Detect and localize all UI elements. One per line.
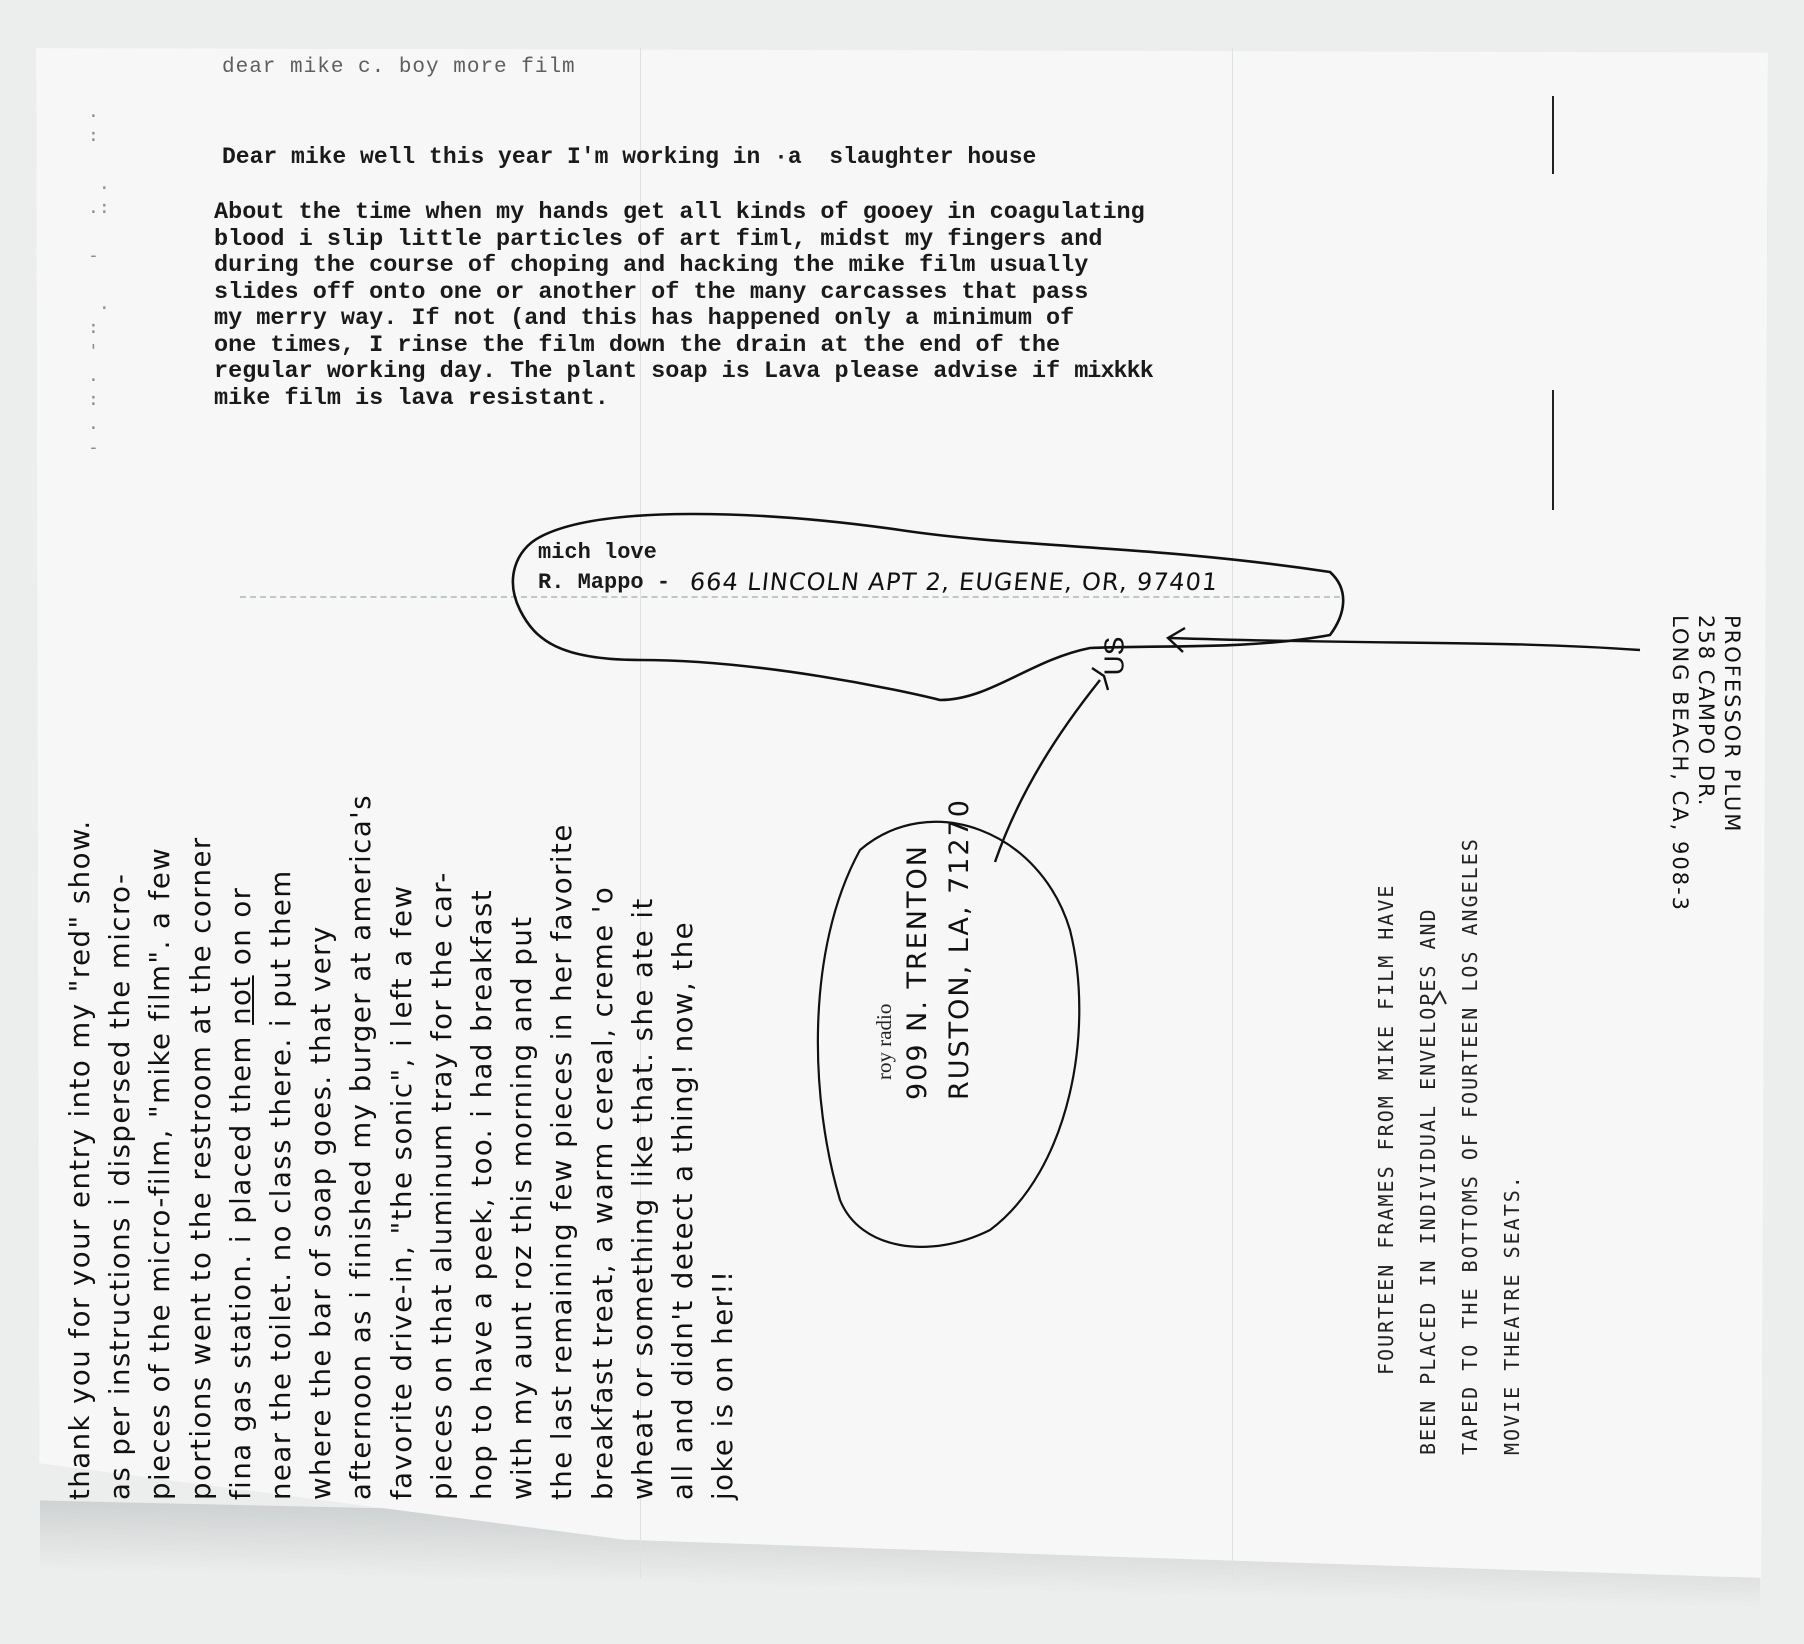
handwritten-line: thank you for your entry into my "red" s… (60, 600, 100, 1500)
arrow-head-icon (1168, 628, 1185, 652)
professor-address-line: LONG BEACH, CA, 908-3 (1667, 615, 1693, 912)
closing: mich love (538, 540, 657, 565)
typed-note-line: BEEN PLACED IN INDIVIDUAL ENVELOPES AND (1407, 837, 1449, 1455)
handwritten-line: afternoon as i finished my burger at ame… (341, 600, 381, 1500)
handwritten-line: favorite drive-in, "the sonic", i left a… (382, 600, 422, 1500)
professor-address-line: PROFESSOR PLUM (1719, 615, 1745, 912)
handwritten-line: fina gas station. i placed them not on o… (221, 600, 261, 1500)
signer-address: 664 LINCOLN APT 2, EUGENE, OR, 97401 (689, 568, 1220, 596)
handwritten-letter: thank you for your entry into my "red" s… (60, 600, 743, 1500)
handwritten-line: as per instructions i dispersed the micr… (100, 600, 140, 1500)
handwritten-line: all and didn't detect a thing! now, the (663, 600, 703, 1500)
roy-street: 909 N. TRENTON (897, 798, 939, 1100)
handwritten-line: joke is on her!! (703, 600, 743, 1500)
typed-note-line: MOVIE THEATRE SEATS. (1491, 837, 1533, 1455)
handwritten-line: breakfast treat, a warm cereal, creme 'o (583, 600, 623, 1500)
us-label: US (1098, 637, 1130, 676)
typed-note-line: TAPED TO THE BOTTOMS OF FOURTEEN LOS ANG… (1449, 837, 1491, 1455)
signature-block: mich love R. Mappo - (538, 538, 670, 598)
handwritten-line: pieces of the micro-film, "mike film". a… (140, 600, 180, 1500)
typed-note-line: FOURTEEN FRAMES FROM MIKE FILM HAVE (1365, 837, 1407, 1375)
signer-name: R. Mappo - (538, 570, 670, 595)
roy-name: roy radio (872, 798, 897, 1080)
professor-address: PROFESSOR PLUM258 CAMPO DR.LONG BEACH, C… (1667, 615, 1745, 912)
arrow-line-roy (995, 680, 1100, 862)
professor-address-line: 258 CAMPO DR. (1693, 615, 1719, 912)
roy-address: roy radio 909 N. TRENTON RUSTON, LA, 712… (872, 798, 981, 1100)
roy-city: RUSTON, LA, 71270 (939, 798, 981, 1100)
handwritten-line: hop to have a peek, too. i had breakfast (462, 600, 502, 1500)
handwritten-line: with my aunt roz this morning and put (502, 600, 542, 1500)
handwritten-line: pieces on that aluminum tray for the car… (422, 600, 462, 1500)
handwritten-line: near the toilet. no class there. i put t… (261, 600, 301, 1500)
handwritten-line: the last remaining few pieces in her fav… (542, 600, 582, 1500)
typed-vertical-note: FOURTEEN FRAMES FROM MIKE FILM HAVEBEEN … (1365, 837, 1533, 1495)
handwritten-line: wheat or something like that. she ate it (623, 600, 663, 1500)
handwritten-line: where the bar of soap goes. that very (301, 600, 341, 1500)
handwritten-line: portions went to the restroom at the cor… (181, 600, 221, 1500)
